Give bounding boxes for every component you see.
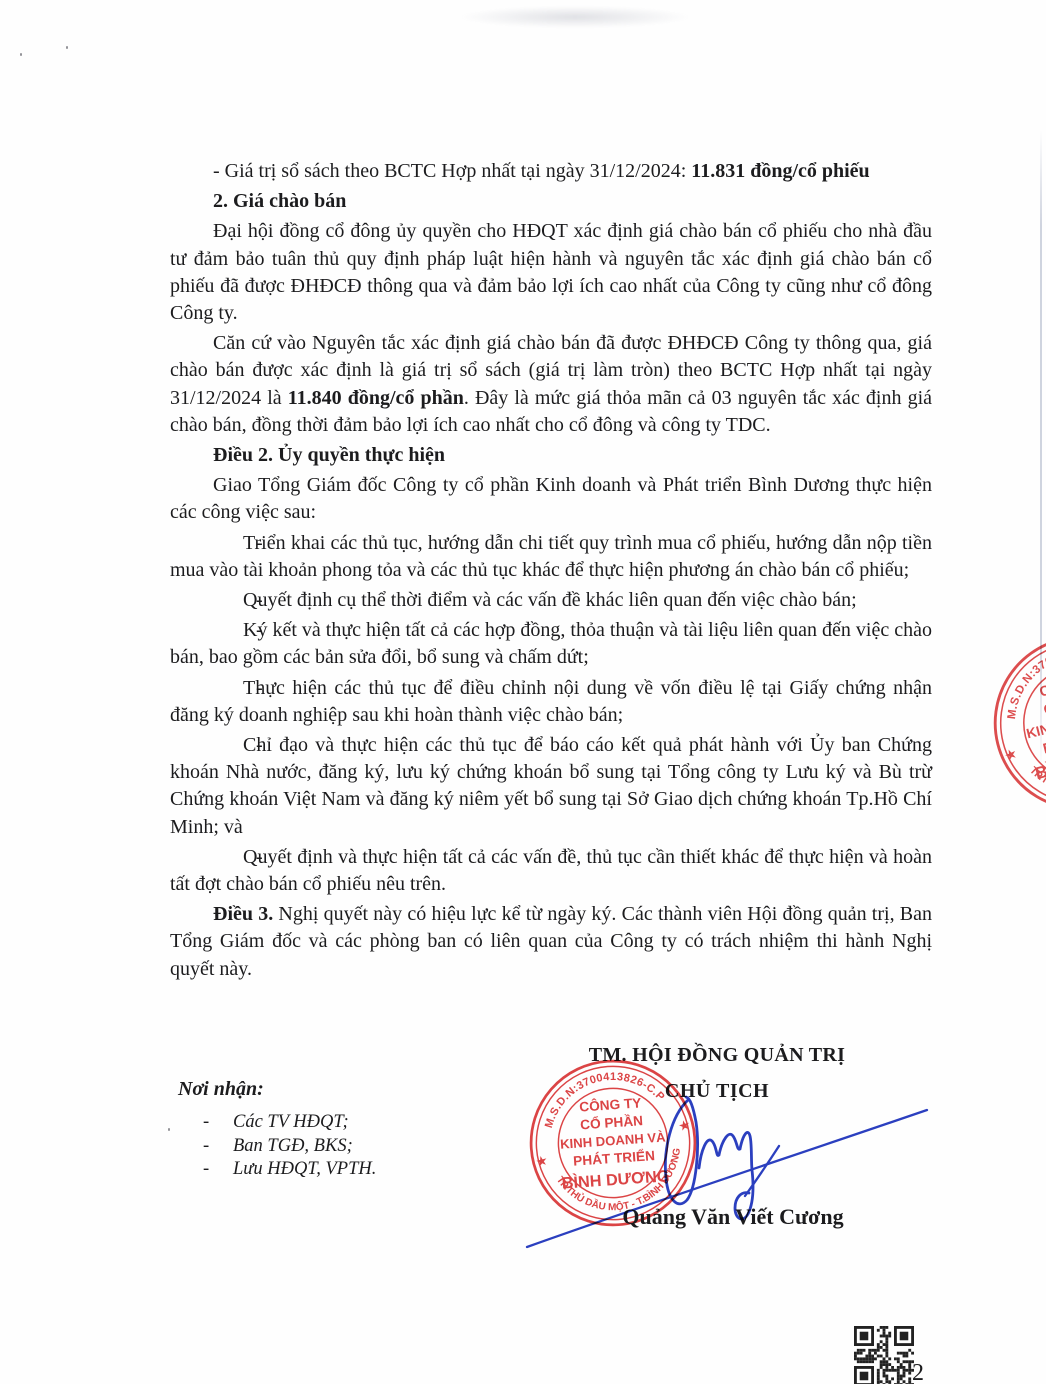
- bullet-text: Thực hiện các thủ tục để điều chỉnh nội …: [170, 677, 932, 726]
- bullet-text: Ký kết và thực hiện tất cả các hợp đồng,…: [170, 619, 932, 668]
- bullet-item: -Quyết định cụ thể thời điểm và các vấn …: [170, 587, 932, 614]
- bullet-text: Chỉ đạo và thực hiện các thủ tục để báo …: [170, 734, 932, 838]
- seal-company-line: CỔ PHẦN: [580, 1113, 644, 1132]
- recipients-block: Nơi nhận: -Các TV HĐQT; -Ban TGĐ, BKS; -…: [178, 1078, 498, 1182]
- recipient-item: -Ban TGĐ, BKS;: [178, 1135, 498, 1159]
- bullet-dash: -: [213, 617, 243, 644]
- bullet-dash: -: [213, 587, 243, 614]
- recipient-text: Ban TGĐ, BKS;: [233, 1136, 353, 1156]
- scan-speck: [66, 46, 68, 49]
- bullet-text: Quyết định và thực hiện tất cả các vấn đ…: [170, 846, 932, 895]
- section-2-heading: 2. Giá chào bán: [170, 188, 932, 215]
- article-3-paragraph: Điều 3. Nghị quyết này có hiệu lực kể từ…: [170, 901, 932, 983]
- edge-seal-stamp-partial: M.S.D.N:3700413826-C.P TP.THỦ DẦU MỘT - …: [948, 590, 1046, 857]
- seal-star-right-icon: ★: [678, 1118, 692, 1133]
- recipient-dash: -: [203, 1135, 233, 1159]
- recipient-item: -Các TV HĐQT;: [178, 1111, 498, 1135]
- recipient-dash: -: [203, 1158, 233, 1182]
- book-value-amount: 11.831 đồng/cổ phiếu: [691, 160, 869, 182]
- bullet-dash: -: [213, 530, 243, 557]
- bullet-dash: -: [213, 844, 243, 871]
- seal-company-line: CÔNG TY: [579, 1095, 642, 1114]
- scan-speck: [168, 1128, 170, 1131]
- recipient-text: Các TV HĐQT;: [233, 1112, 349, 1132]
- paragraph-delegation: Giao Tổng Giám đốc Công ty cổ phần Kinh …: [170, 472, 932, 526]
- seal-company-line: PHÁT TRIỂN: [573, 1148, 656, 1169]
- scan-smudge: [460, 6, 690, 28]
- seal-star-left-icon: ★: [535, 1154, 549, 1169]
- page-number: 2: [912, 1360, 924, 1384]
- seal-ring-top-text: M.S.D.N:3700413826-C.P: [990, 627, 1046, 724]
- article-3-text: Nghị quyết này có hiệu lực kể từ ngày ký…: [170, 903, 932, 979]
- recipient-item: -Lưu HĐQT, VPTH.: [178, 1158, 498, 1182]
- signer-name: Quảng Văn Viết Cương: [533, 1204, 933, 1230]
- qr-code: [854, 1326, 914, 1384]
- bullet-text: Quyết định cụ thể thời điểm và các vấn đ…: [243, 589, 857, 611]
- bullet-item: -Ký kết và thực hiện tất cả các hợp đồng…: [170, 617, 932, 671]
- bullet-text: Triển khai các thủ tục, hướng dẫn chi ti…: [170, 532, 932, 581]
- paragraph-authorization: Đại hội đồng cổ đông ủy quyền cho HĐQT x…: [170, 218, 932, 327]
- scan-speck: [20, 53, 22, 56]
- paragraph-offer-price: Căn cứ vào Nguyên tắc xác định giá chào …: [170, 330, 932, 439]
- recipients-heading: Nơi nhận:: [178, 1078, 498, 1101]
- recipients-list: -Các TV HĐQT; -Ban TGĐ, BKS; -Lưu HĐQT, …: [178, 1111, 498, 1182]
- document-body: - Giá trị sổ sách theo BCTC Hợp nhất tại…: [170, 158, 932, 986]
- article-2-heading: Điều 2. Ủy quyền thực hiện: [170, 442, 932, 469]
- bullet-item: -Thực hiện các thủ tục để điều chỉnh nội…: [170, 675, 932, 729]
- book-value-line: - Giá trị sổ sách theo BCTC Hợp nhất tại…: [170, 158, 932, 185]
- bullet-dash: -: [213, 675, 243, 702]
- recipient-text: Lưu HĐQT, VPTH.: [233, 1159, 376, 1179]
- bullet-item: -Quyết định và thực hiện tất cả các vấn …: [170, 844, 932, 898]
- bullet-dash: -: [213, 732, 243, 759]
- recipient-dash: -: [203, 1111, 233, 1135]
- book-value-text: - Giá trị sổ sách theo BCTC Hợp nhất tại…: [213, 160, 691, 182]
- bullet-item: -Chỉ đạo và thực hiện các thủ tục để báo…: [170, 732, 932, 841]
- bullet-item: -Triển khai các thủ tục, hướng dẫn chi t…: [170, 530, 932, 584]
- article-3-label: Điều 3.: [213, 903, 273, 925]
- document-page: - Giá trị sổ sách theo BCTC Hợp nhất tại…: [0, 0, 1046, 1384]
- offer-price-amount: 11.840 đồng/cổ phần: [288, 387, 464, 409]
